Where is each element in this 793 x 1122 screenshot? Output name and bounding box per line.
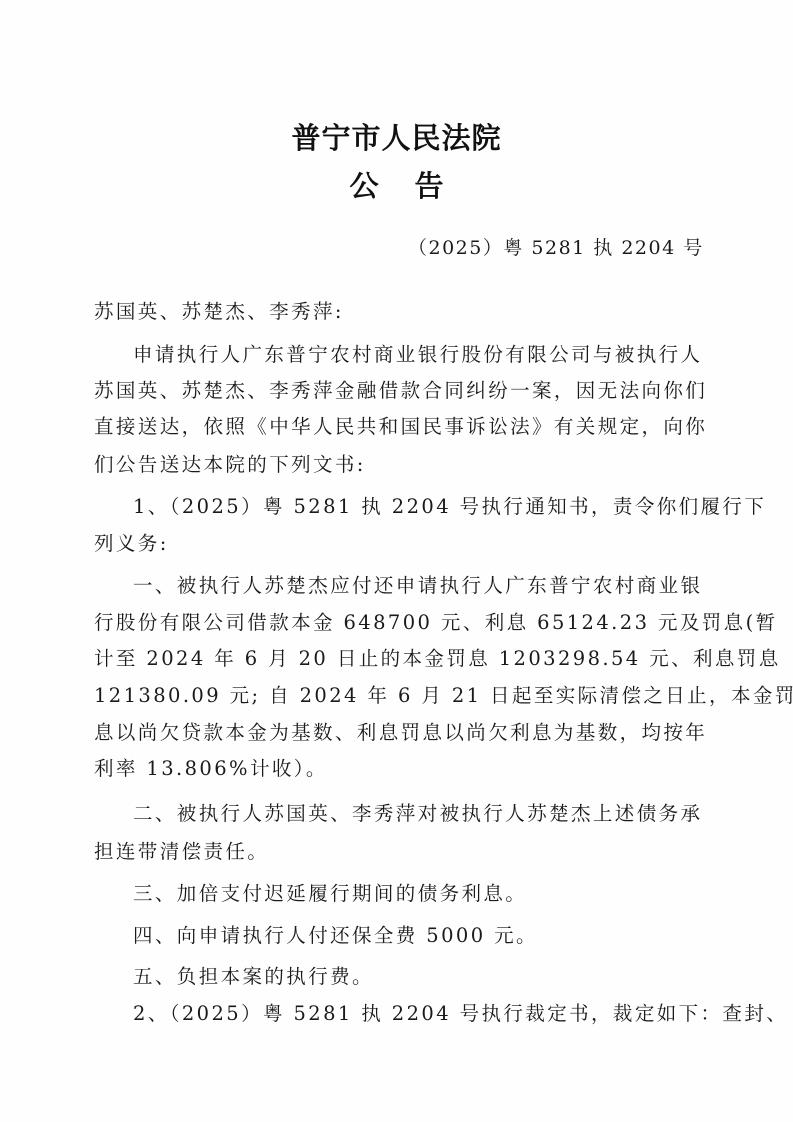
notice-body-line: 三、加倍支付迟延履行期间的债务利息。 [133, 876, 747, 912]
notice-body-line: 二、被执行人苏国英、李秀萍对被执行人苏楚杰上述债务承 [133, 796, 747, 832]
document-page: 普宁市人民法院 公告 （2025）粤 5281 执 2204 号 苏国英、苏楚杰… [0, 0, 793, 1122]
notice-body-line: 苏国英、苏楚杰、李秀萍金融借款合同纠纷一案，因无法向你们 [94, 373, 708, 409]
addressees: 苏国英、苏楚杰、李秀萍: [94, 294, 708, 330]
notice-body-line: 一、被执行人苏楚杰应付还申请执行人广东普宁农村商业银 [133, 568, 747, 604]
notice-body-line: 利率 13.806%计收）。 [94, 751, 708, 787]
notice-body-line: 直接送达，依照《中华人民共和国民事诉讼法》有关规定，向你 [94, 409, 708, 445]
case-number: （2025）粤 5281 执 2204 号 [408, 233, 704, 260]
notice-body-line: 1、（2025）粤 5281 执 2204 号执行通知书，责令你们履行下 [133, 489, 747, 525]
notice-body-line: 们公告送达本院的下列文书: [94, 447, 708, 483]
notice-body-line: 申请执行人广东普宁农村商业银行股份有限公司与被执行人 [133, 337, 747, 373]
notice-body-line: 计至 2024 年 6 月 20 日止的本金罚息 1203298.54 元、利息… [94, 641, 708, 677]
document-type-char-2: 告 [415, 169, 444, 203]
notice-body-line: 息以尚欠贷款本金为基数、利息罚息以尚欠利息为基数，均按年 [94, 715, 708, 751]
notice-body-line: 121380.09 元; 自 2024 年 6 月 21 日起至实际清偿之日止，… [94, 678, 708, 714]
notice-body-line: 四、向申请执行人付还保全费 5000 元。 [133, 918, 747, 954]
notice-body-line: 2、（2025）粤 5281 执 2204 号执行裁定书，裁定如下：查封、 [133, 996, 747, 1032]
court-name-heading: 普宁市人民法院 [0, 116, 793, 157]
notice-body-line: 行股份有限公司借款本金 648700 元、利息 65124.23 元及罚息(暂 [94, 605, 708, 641]
document-type-char-1: 公 [349, 169, 378, 203]
notice-body-line: 五、负担本案的执行费。 [133, 959, 747, 995]
notice-body-line: 列义务: [94, 526, 708, 562]
document-type-heading: 公告 [0, 164, 793, 205]
notice-body-line: 担连带清偿责任。 [94, 834, 708, 870]
